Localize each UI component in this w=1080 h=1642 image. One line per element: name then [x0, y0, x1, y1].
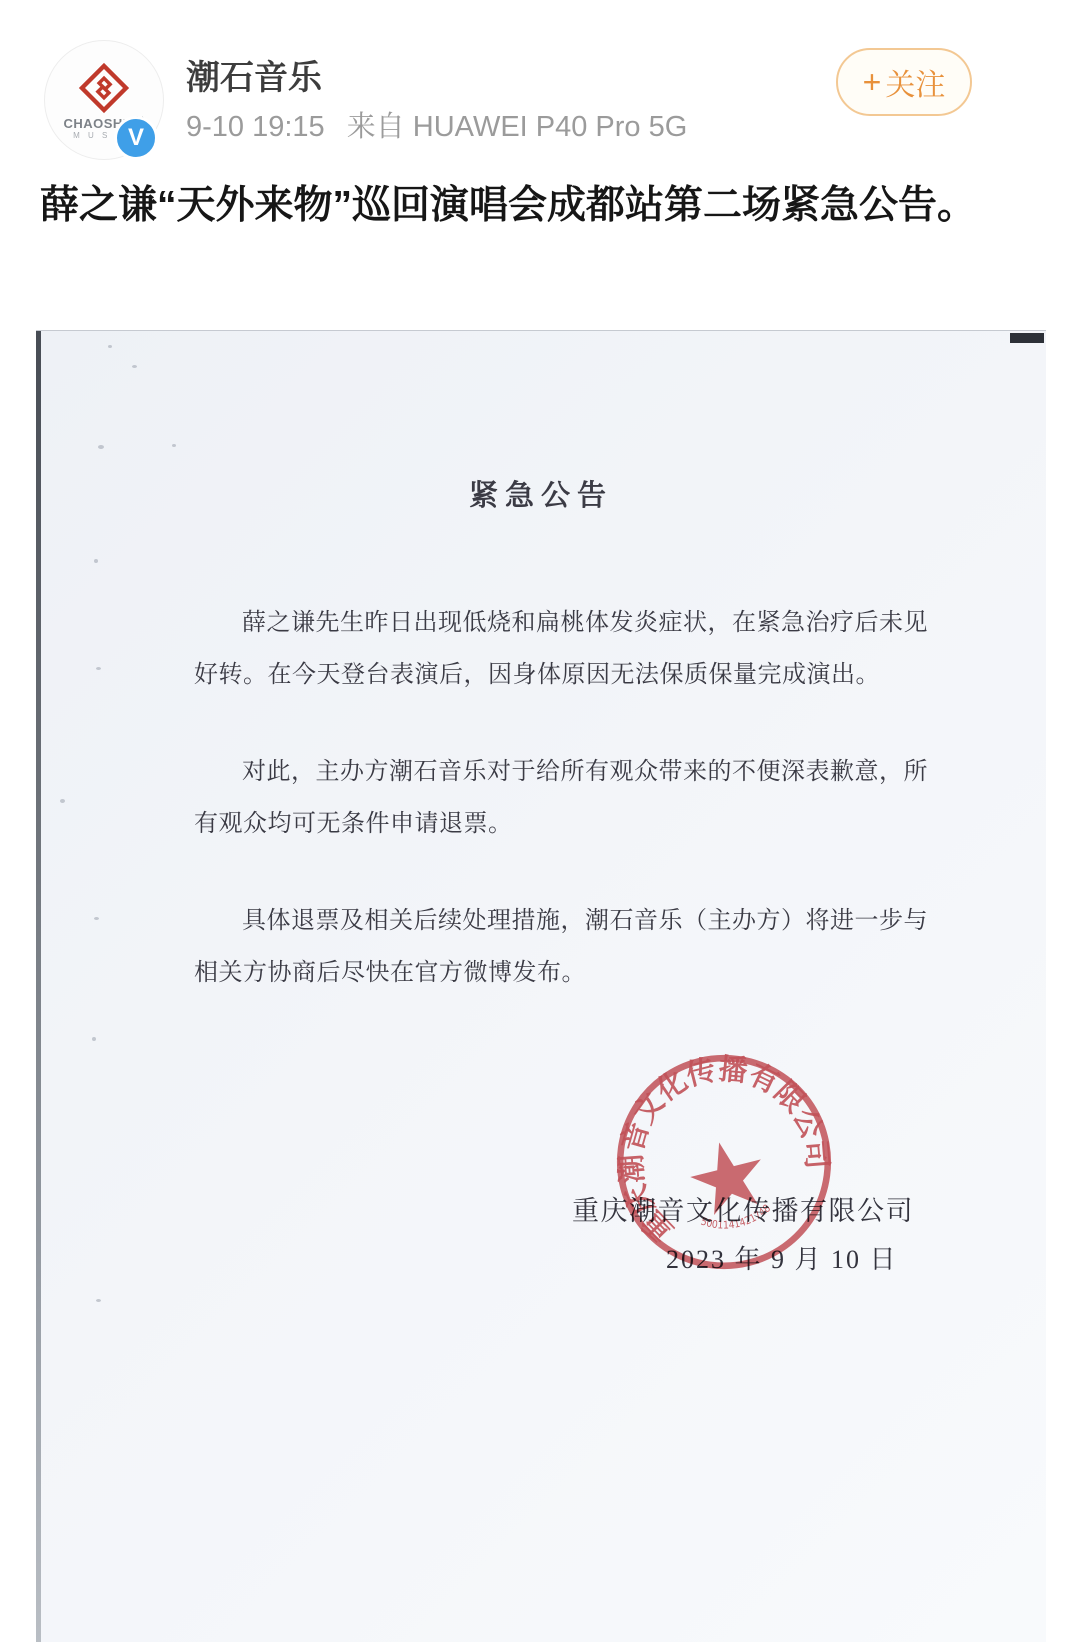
follow-button-label: 关注: [885, 60, 945, 104]
plus-icon: +: [863, 66, 882, 98]
document-line: 薛之谦先生昨日出现低烧和扁桃体发炎症状，在紧急治疗后未见: [194, 597, 954, 649]
document-line: 具体退票及相关后续处理措施，潮石音乐（主办方）将进一步与: [194, 895, 954, 947]
document-line: 相关方协商后尽快在官方微博发布。: [194, 947, 954, 999]
post-text: 薛之谦“天外来物”巡回演唱会成都站第二场紧急公告。: [40, 178, 1015, 234]
announcement-document-image[interactable]: 紧急公告 薛之谦先生昨日出现低烧和扁桃体发炎症状，在紧急治疗后未见 好转。在今天…: [36, 330, 1046, 1642]
post-timestamp: 9-10 19:15: [186, 111, 325, 143]
follow-button[interactable]: + 关注: [836, 48, 972, 116]
verified-badge-icon: V: [114, 116, 158, 160]
scan-speck: [172, 444, 176, 447]
document-line: 有观众均可无条件申请退票。: [194, 798, 954, 850]
document-paragraph: 具体退票及相关后续处理措施，潮石音乐（主办方）将进一步与 相关方协商后尽快在官方…: [194, 895, 954, 999]
scan-left-edge: [36, 331, 41, 1642]
document-paragraph: 对此，主办方潮石音乐对于给所有观众带来的不便深表歉意，所 有观众均可无条件申请退…: [194, 746, 954, 850]
scan-speck: [94, 917, 99, 920]
document-title: 紧急公告: [36, 473, 1046, 514]
document-line: 好转。在今天登台表演后，因身体原因无法保质保量完成演出。: [194, 649, 954, 701]
post-header: CHAOSHI 潮 M U S I C V 潮石音乐 9-10 19:15 来自…: [0, 0, 1080, 170]
scan-speck: [96, 667, 101, 670]
seal-star-icon: [684, 1134, 771, 1219]
company-seal-stamp: 重庆潮音文化传播有限公司 5001141421748: [593, 1031, 855, 1293]
chaoshi-logo-icon: [78, 62, 130, 114]
document-line: 对此，主办方潮石音乐对于给所有观众带来的不便深表歉意，所: [194, 746, 954, 798]
seal-serial-number: 5001141421748: [697, 1199, 776, 1239]
scan-speck: [60, 799, 65, 803]
scan-speck: [96, 1299, 101, 1302]
scan-speck: [94, 559, 98, 563]
svg-text:5001141421748: 5001141421748: [697, 1199, 776, 1239]
post-meta: 9-10 19:15 来自 HUAWEI P40 Pro 5G: [186, 104, 687, 145]
scan-speck: [98, 445, 104, 449]
document-body: 薛之谦先生昨日出现低烧和扁桃体发炎症状，在紧急治疗后未见 好转。在今天登台表演后…: [194, 597, 954, 1044]
post-source[interactable]: 来自 HUAWEI P40 Pro 5G: [347, 111, 688, 143]
document-paragraph: 薛之谦先生昨日出现低烧和扁桃体发炎症状，在紧急治疗后未见 好转。在今天登台表演后…: [194, 597, 954, 701]
username[interactable]: 潮石音乐: [186, 50, 322, 99]
scan-speck: [132, 365, 137, 368]
scan-speck: [108, 345, 112, 348]
scan-corner-artifact: [1010, 333, 1044, 343]
scan-speck: [92, 1037, 96, 1041]
